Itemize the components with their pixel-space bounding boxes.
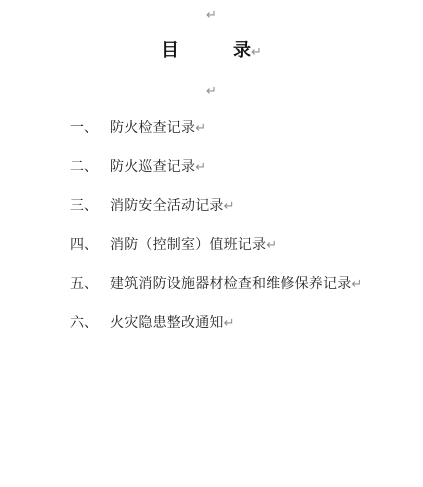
- toc-item: 四、 消防（控制室）值班记录 ↵: [70, 237, 403, 252]
- paragraph-mark-icon: ↵: [206, 7, 217, 22]
- toc-item-label: 火灾隐患整改通知: [110, 315, 224, 330]
- paragraph-mark-icon: ↵: [195, 159, 206, 174]
- paragraph-mark-icon: ↵: [351, 276, 362, 291]
- toc-list: 一、 防火检查记录 ↵ 二、 防火巡查记录 ↵ 三、 消防安全活动记录 ↵ 四、…: [70, 120, 403, 354]
- paragraph-mark-top: ↵: [0, 8, 423, 22]
- toc-item-number: 五、: [70, 276, 110, 291]
- toc-item-number: 三、: [70, 198, 110, 213]
- paragraph-mark-icon: ↵: [206, 83, 217, 98]
- toc-item-number: 四、: [70, 237, 110, 252]
- paragraph-mark-icon: ↵: [224, 315, 235, 330]
- document-page: ↵ 目 录↵ ↵ 一、 防火检查记录 ↵ 二、 防火巡查记录 ↵ 三、 消防安全…: [0, 0, 423, 487]
- toc-item: 六、 火灾隐患整改通知 ↵: [70, 315, 403, 330]
- paragraph-mark-icon: ↵: [195, 120, 206, 135]
- toc-item: 二、 防火巡查记录 ↵: [70, 159, 403, 174]
- page-title-text: 目 录: [161, 40, 251, 60]
- toc-item-label: 建筑消防设施器材检查和维修保养记录: [110, 276, 351, 291]
- toc-item-number: 六、: [70, 315, 110, 330]
- toc-item: 五、 建筑消防设施器材检查和维修保养记录 ↵: [70, 276, 403, 291]
- paragraph-mark-icon: ↵: [266, 237, 277, 252]
- paragraph-mark-icon: ↵: [251, 44, 262, 59]
- toc-item-label: 消防安全活动记录: [110, 198, 224, 213]
- paragraph-mark-below-title: ↵: [0, 84, 423, 98]
- toc-item-label: 防火巡查记录: [110, 159, 195, 174]
- toc-item-number: 二、: [70, 159, 110, 174]
- toc-item-number: 一、: [70, 120, 110, 135]
- paragraph-mark-icon: ↵: [224, 198, 235, 213]
- page-title: 目 录↵: [0, 40, 423, 62]
- toc-item: 一、 防火检查记录 ↵: [70, 120, 403, 135]
- toc-item-label: 消防（控制室）值班记录: [110, 237, 266, 252]
- toc-item-label: 防火检查记录: [110, 120, 195, 135]
- toc-item: 三、 消防安全活动记录 ↵: [70, 198, 403, 213]
